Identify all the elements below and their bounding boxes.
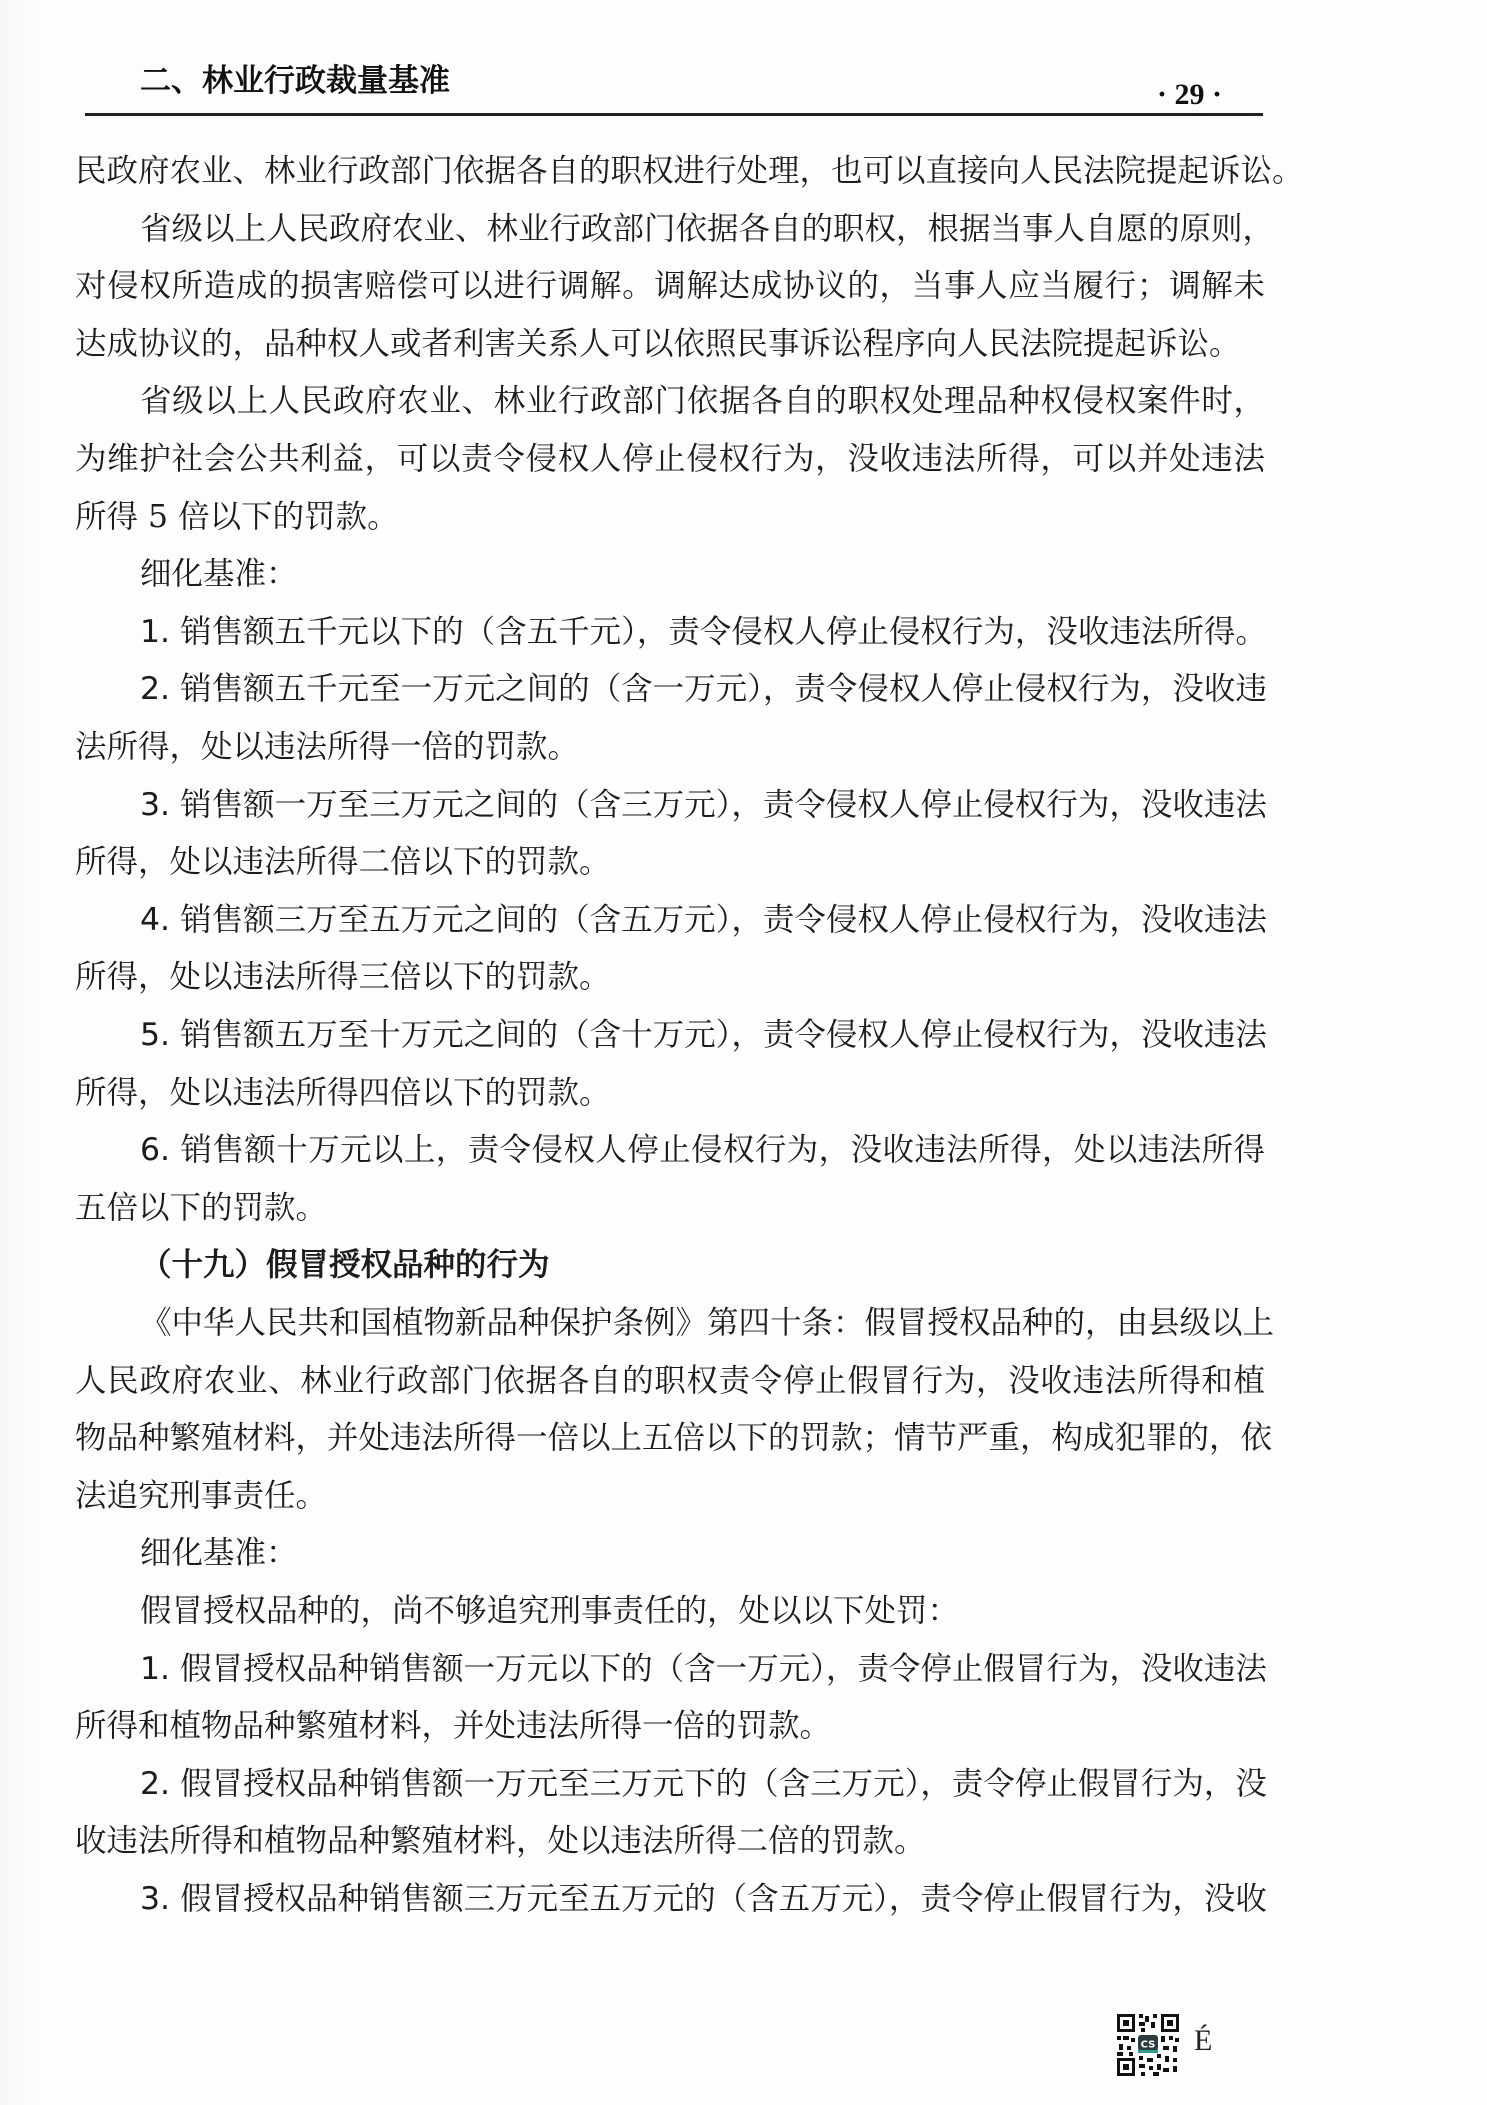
svg-text:CS: CS xyxy=(1141,2040,1156,2051)
text-line: 达成协议的，品种权人或者利害关系人可以依照民事诉讼程序向人民法院提起诉讼。 xyxy=(75,324,1265,364)
text-line: 省级以上人民政府农业、林业行政部门依据各自的职权，根据当事人自愿的原则， xyxy=(140,209,1265,249)
text-line: 6. 销售额十万元以上，责令侵权人停止侵权行为，没收违法所得，处以违法所得 xyxy=(140,1130,1265,1170)
running-title: 二、林业行政裁量基准 xyxy=(140,66,450,97)
qr-code-icon: CS xyxy=(1115,2012,1181,2078)
text-line: 省级以上人民政府农业、林业行政部门依据各自的职权处理品种权侵权案件时， xyxy=(140,381,1265,421)
text-line: 人民政府农业、林业行政部门依据各自的职权责令停止假冒行为，没收违法所得和植 xyxy=(75,1361,1265,1401)
text-line: 3. 销售额一万至三万元之间的（含三万元），责令侵权人停止侵权行为，没收违法 xyxy=(140,785,1265,825)
text-line: 所得，处以违法所得四倍以下的罚款。 xyxy=(75,1073,1265,1113)
text-line: 假冒授权品种的，尚不够追究刑事责任的，处以以下处罚： xyxy=(140,1591,1265,1631)
text-line: 1. 销售额五千元以下的（含五千元），责令侵权人停止侵权行为，没收违法所得。 xyxy=(140,612,1265,652)
section-heading: （十九）假冒授权品种的行为 xyxy=(140,1245,1265,1285)
header-rule xyxy=(85,113,1263,116)
text-line: 《中华人民共和国植物新品种保护条例》第四十条：假冒授权品种的，由县级以上 xyxy=(140,1303,1265,1343)
text-line: 收违法所得和植物品种繁殖材料，处以违法所得二倍的罚款。 xyxy=(75,1821,1265,1861)
text-line: 5. 销售额五万至十万元之间的（含十万元），责令侵权人停止侵权行为，没收违法 xyxy=(140,1015,1265,1055)
text-line: 物品种繁殖材料，并处违法所得一倍以上五倍以下的罚款；情节严重，构成犯罪的，依 xyxy=(75,1418,1265,1458)
text-line: 民政府农业、林业行政部门依据各自的职权进行处理，也可以直接向人民法院提起诉讼。 xyxy=(75,151,1265,191)
text-line: 1. 假冒授权品种销售额一万元以下的（含一万元），责令停止假冒行为，没收违法 xyxy=(140,1649,1265,1689)
page-number: · 29 · xyxy=(1157,80,1222,110)
text-line: 所得，处以违法所得三倍以下的罚款。 xyxy=(75,957,1265,997)
text-line: 法所得，处以违法所得一倍的罚款。 xyxy=(75,727,1265,767)
text-line: 法追究刑事责任。 xyxy=(75,1476,1265,1516)
qr-code-graphic: CS xyxy=(1115,2012,1181,2078)
qr-mark-glyph: É xyxy=(1194,2026,1212,2056)
text-line: 2. 销售额五千元至一万元之间的（含一万元），责令侵权人停止侵权行为，没收违 xyxy=(140,669,1265,709)
text-line: 五倍以下的罚款。 xyxy=(75,1188,1265,1228)
text-line: 所得和植物品种繁殖材料，并处违法所得一倍的罚款。 xyxy=(75,1706,1265,1746)
text-line: 3. 假冒授权品种销售额三万元至五万元的（含五万元），责令停止假冒行为，没收 xyxy=(140,1879,1265,1919)
text-line: 2. 假冒授权品种销售额一万元至三万元下的（含三万元），责令停止假冒行为，没 xyxy=(140,1764,1265,1804)
text-line: 对侵权所造成的损害赔偿可以进行调解。调解达成协议的，当事人应当履行；调解未 xyxy=(75,266,1265,306)
text-line: 为维护社会公共利益，可以责令侵权人停止侵权行为，没收违法所得，可以并处违法 xyxy=(75,439,1265,479)
text-line: 所得 5 倍以下的罚款。 xyxy=(75,497,1265,537)
text-line: 细化基准： xyxy=(140,1533,1265,1573)
text-line: 细化基准： xyxy=(140,554,1265,594)
text-line: 4. 销售额三万至五万元之间的（含五万元），责令侵权人停止侵权行为，没收违法 xyxy=(140,900,1265,940)
text-line: 所得，处以违法所得二倍以下的罚款。 xyxy=(75,842,1265,882)
